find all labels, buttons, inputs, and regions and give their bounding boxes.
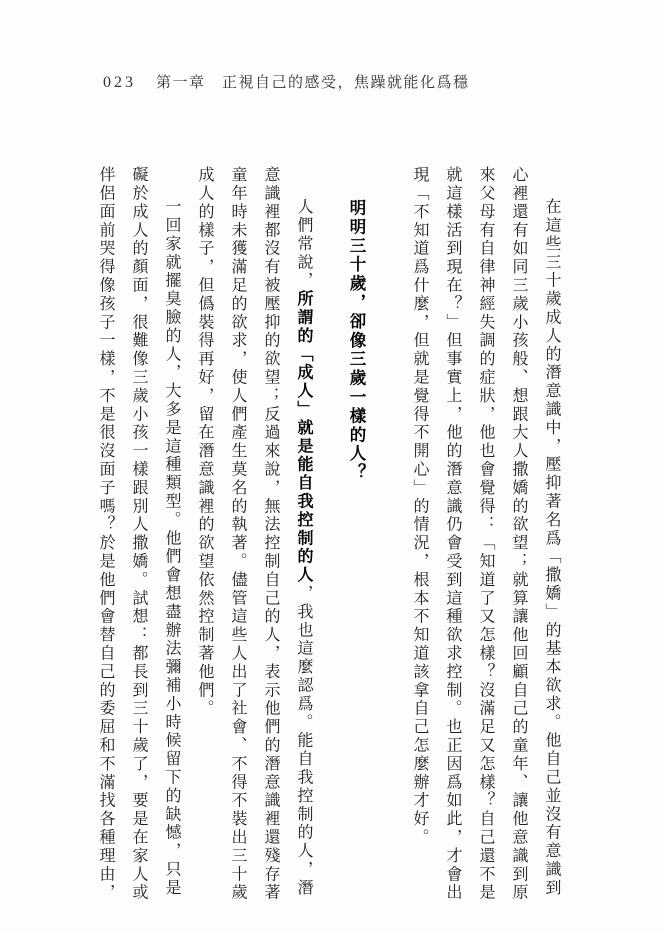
paragraph: 人們常說，所謂的「成人」就是能自我控制的人，我也這麼認爲。能自我控制的人，潛意識… [188, 166, 320, 906]
paragraph: 在這些三十歲成人的潛意識中，壓抑著名爲「撒嬌」的基本欲求。他自己並沒有意識到心裡… [403, 166, 568, 906]
body-text: 在這些三十歲成人的潛意識中，壓抑著名爲「撒嬌」的基本欲求。他自己並沒有意識到心裡… [89, 166, 568, 906]
chapter-title: 第一章 正視自己的感受，焦躁就能化爲穩 [156, 71, 470, 92]
page-number: 023 [103, 74, 136, 92]
emphasis-text: 明明三十歲，卻像三歲一樣的人？ [347, 199, 366, 483]
text-run: 一回家就擺臭臉的人，大多是這種類型。他們會想盡辦法彌補小時候留下的缺憾，只是礙於… [97, 166, 180, 902]
text-run: 在這些三十歲成人的潛意識中，壓抑著名爲「撒嬌」的基本欲求。他自己並沒有意識到心裡… [411, 166, 560, 902]
book-page: 023 第一章 正視自己的感受，焦躁就能化爲穩 在這些三十歲成人的潛意識中，壓抑… [0, 0, 663, 932]
running-head: 023 第一章 正視自己的感受，焦躁就能化爲穩 [103, 71, 470, 92]
section-heading: 明明三十歲，卻像三歲一樣的人？ [340, 166, 373, 906]
text-run: 人們常說， [295, 198, 312, 290]
paragraph: 一回家就擺臭臉的人，大多是這種類型。他們會想盡辦法彌補小時候留下的缺憾，只是礙於… [89, 166, 188, 906]
emphasis-text: 所謂的「成人」就是能自我控制的人 [295, 290, 312, 584]
